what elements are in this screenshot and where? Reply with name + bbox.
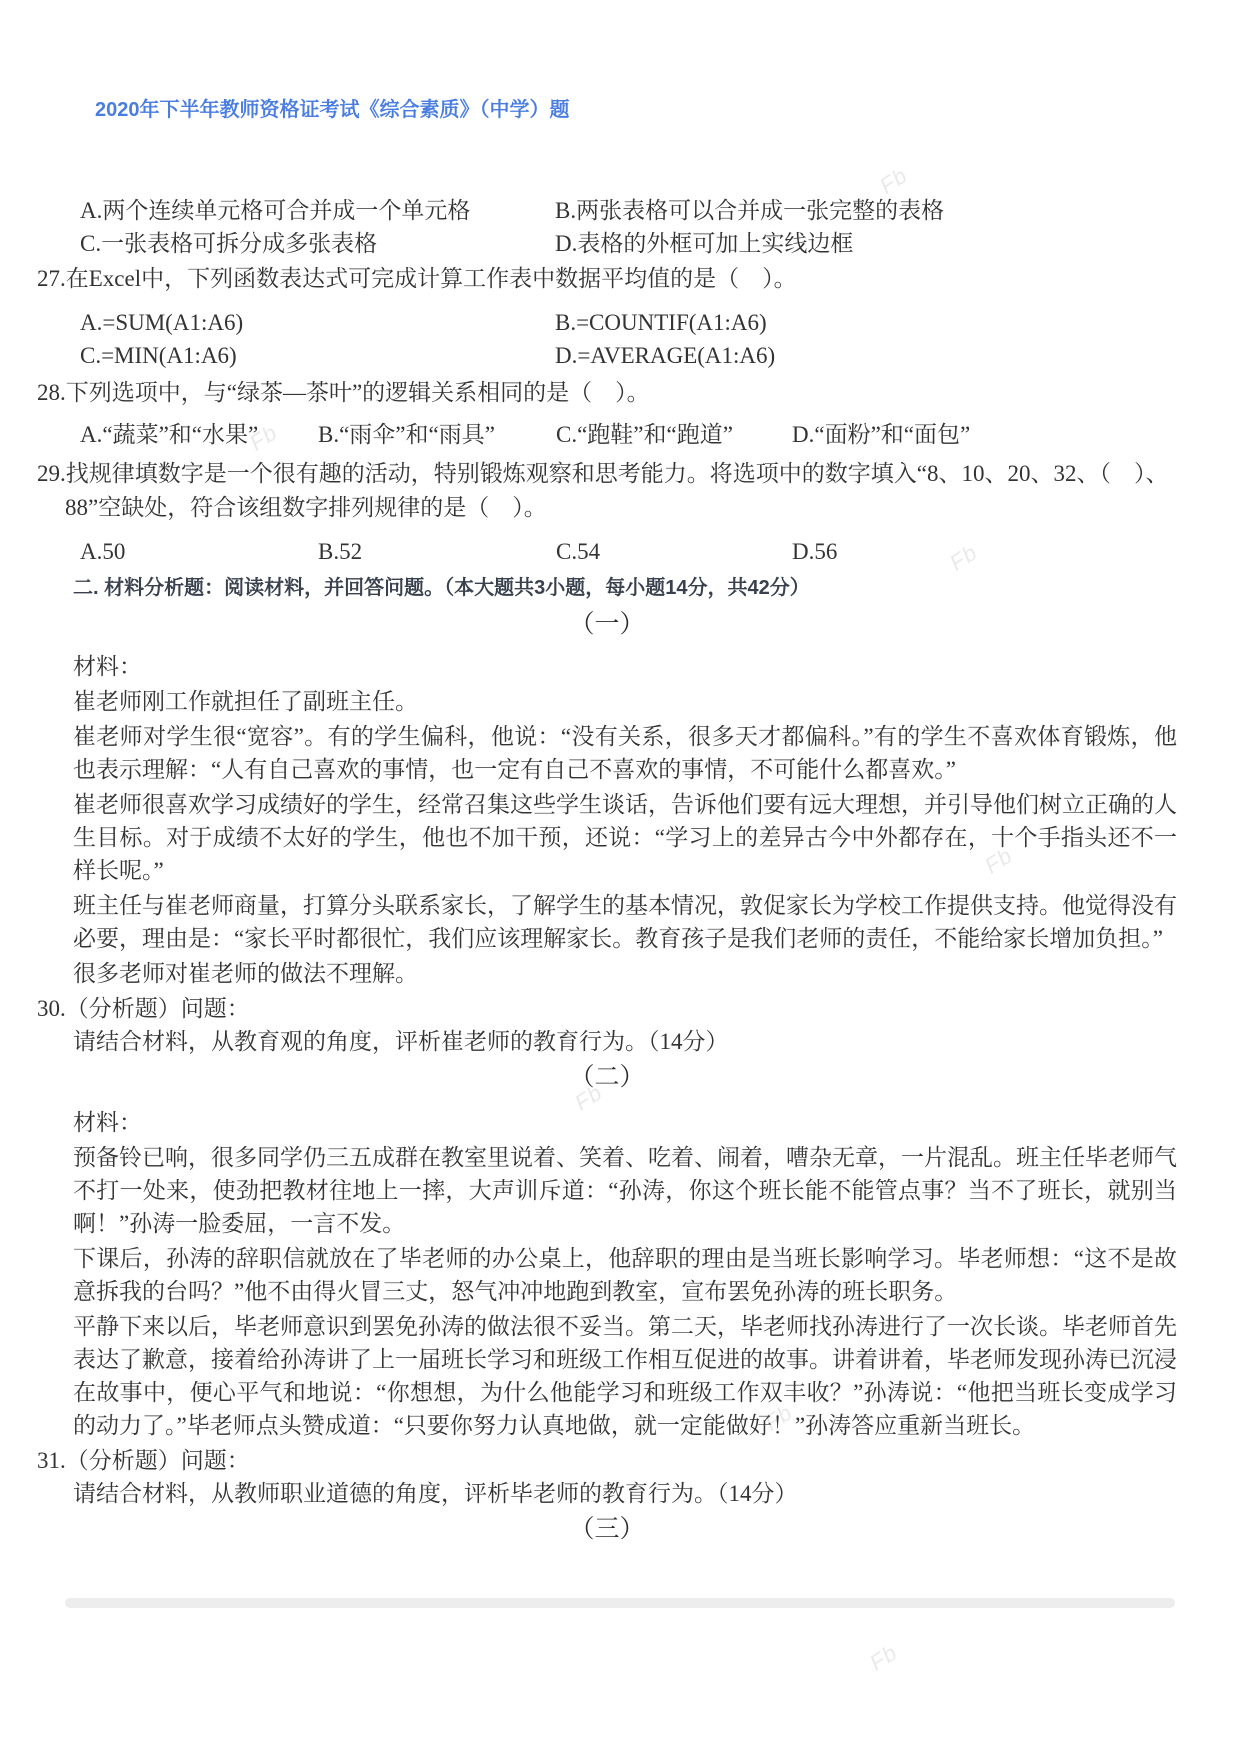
part-1-heading: （一） xyxy=(37,607,1177,643)
material-paragraph: 班主任与崔老师商量，打算分头联系家长，了解学生的基本情况，敦促家长为学校工作提供… xyxy=(73,889,1177,955)
option: D.“面粉”和“面包” xyxy=(792,418,1177,451)
section-2-header: 二. 材料分析题：阅读材料，并回答问题。（本大题共3小题，每小题14分，共42分… xyxy=(73,572,1177,605)
material-paragraph: 崔老师很喜欢学习成绩好的学生，经常召集这些学生谈话，告诉他们要有远大理想，并引导… xyxy=(73,788,1177,887)
option: A.两个连续单元格可合并成一个单元格 xyxy=(80,194,555,227)
option: B.两张表格可以合并成一张完整的表格 xyxy=(555,194,1177,227)
option: C.=MIN(A1:A6) xyxy=(80,339,555,372)
material-2: 材料： 预备铃已响，很多同学仍三五成群在教室里说着、笑着、吃着、闹着，嘈杂无章，… xyxy=(73,1106,1177,1442)
question-31-text: 请结合材料，从教师职业道德的角度，评析毕老师的教育行为。（14分） xyxy=(73,1477,1177,1510)
material-paragraph: 崔老师对学生很“宽容”。有的学生偏科，他说：“没有关系，很多天才都偏科。”有的学… xyxy=(73,720,1177,786)
option: C.54 xyxy=(556,535,792,568)
question-29-stem: 29.找规律填数字是一个很有趣的活动，特别锻炼观察和思考能力。将选项中的数字填入… xyxy=(37,457,1177,525)
material-1: 材料： 崔老师刚工作就担任了副班主任。 崔老师对学生很“宽容”。有的学生偏科，他… xyxy=(73,650,1177,990)
material-paragraph: 下课后，孙涛的辞职信就放在了毕老师的办公桌上，他辞职的理由是当班长影响学习。毕老… xyxy=(73,1242,1177,1308)
question-30-text: 请结合材料，从教育观的角度，评析崔老师的教育行为。（14分） xyxy=(73,1025,1177,1058)
material-paragraph: 平静下来以后，毕老师意识到罢免孙涛的做法很不妥当。第二天，毕老师找孙涛进行了一次… xyxy=(73,1310,1177,1442)
part-2-heading: （二） xyxy=(37,1060,1177,1096)
option: C.一张表格可拆分成多张表格 xyxy=(80,227,555,260)
option: A.50 xyxy=(80,535,318,568)
part-3-heading: （三） xyxy=(37,1512,1177,1548)
option: D.56 xyxy=(792,535,1177,568)
material-paragraph: 崔老师刚工作就担任了副班主任。 xyxy=(73,685,1177,718)
material-label: 材料： xyxy=(73,1106,1177,1139)
option: B.=COUNTIF(A1:A6) xyxy=(555,306,1177,339)
material-label: 材料： xyxy=(73,650,1177,683)
option: C.“跑鞋”和“跑道” xyxy=(556,418,792,451)
footer-divider xyxy=(65,1598,1175,1608)
question-28-stem: 28.下列选项中，与“绿茶—茶叶”的逻辑关系相同的是（ ）。 xyxy=(37,376,1177,410)
question-26-options: A.两个连续单元格可合并成一个单元格 B.两张表格可以合并成一张完整的表格 C.… xyxy=(80,194,1177,260)
page-title: 2020年下半年教师资格证考试《综合素质》（中学）题 xyxy=(0,0,1240,124)
material-paragraph: 很多老师对崔老师的做法不理解。 xyxy=(73,957,1177,990)
material-paragraph: 预备铃已响，很多同学仍三五成群在教室里说着、笑着、吃着、闹着，嘈杂无章，一片混乱… xyxy=(73,1141,1177,1240)
document-body: A.两个连续单元格可合并成一个单元格 B.两张表格可以合并成一张完整的表格 C.… xyxy=(37,194,1177,1608)
question-29-options: A.50 B.52 C.54 D.56 xyxy=(80,535,1177,568)
option: D.表格的外框可加上实线边框 xyxy=(555,227,1177,260)
option: B.52 xyxy=(318,535,556,568)
question-30-number: 30.（分析题）问题： xyxy=(37,992,1177,1025)
question-27-stem: 27.在Excel中，下列函数表达式可完成计算工作表中数据平均值的是（ ）。 xyxy=(37,262,1177,296)
option: A.=SUM(A1:A6) xyxy=(80,306,555,339)
option: A.“蔬菜”和“水果” xyxy=(80,418,318,451)
option: D.=AVERAGE(A1:A6) xyxy=(555,339,1177,372)
question-31-number: 31.（分析题）问题： xyxy=(37,1444,1177,1477)
document-page: Fb Fb Fb Fb Fb Fb Fb 2020年下半年教师资格证考试《综合素… xyxy=(0,0,1240,1754)
question-27-options: A.=SUM(A1:A6) B.=COUNTIF(A1:A6) C.=MIN(A… xyxy=(80,306,1177,372)
question-28-options: A.“蔬菜”和“水果” B.“雨伞”和“雨具” C.“跑鞋”和“跑道” D.“面… xyxy=(80,418,1177,451)
option: B.“雨伞”和“雨具” xyxy=(318,418,556,451)
watermark: Fb xyxy=(865,1640,902,1677)
